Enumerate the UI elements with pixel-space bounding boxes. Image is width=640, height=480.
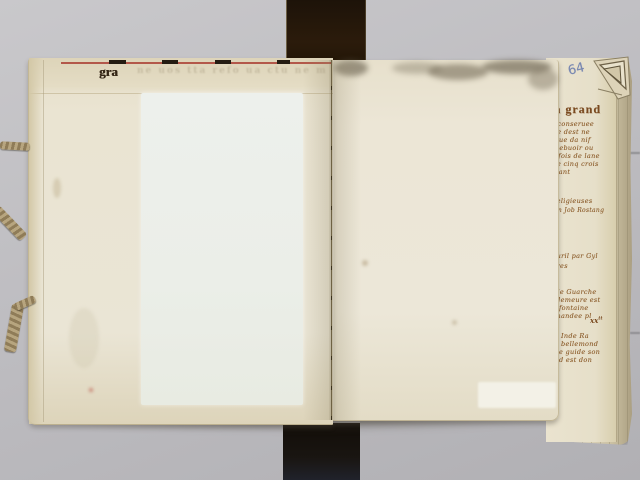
lighter-patch bbox=[478, 382, 556, 408]
stand-pin-lower bbox=[630, 332, 640, 334]
crease-shadow bbox=[69, 308, 99, 368]
gothic-fragment: gra bbox=[99, 64, 118, 80]
binding-tie bbox=[0, 206, 27, 242]
soiling-smudge bbox=[528, 68, 558, 90]
sewing-thread bbox=[331, 60, 332, 420]
stain bbox=[53, 178, 61, 198]
ruling-dash bbox=[162, 60, 178, 64]
gutter-shade-left bbox=[303, 60, 330, 420]
copy-stand-slot-top bbox=[286, 0, 366, 60]
underlying-page-top-band: gra ne uos tta refo ua ctu ne m bbox=[29, 58, 333, 94]
inset-lighter-page bbox=[141, 93, 303, 405]
page-left: gra ne uos tta refo ua ctu ne m bbox=[28, 58, 333, 425]
page-edge-line bbox=[43, 60, 44, 422]
binding-tie bbox=[4, 303, 24, 352]
stand-pin-upper bbox=[630, 152, 640, 154]
ruling-dash bbox=[277, 60, 290, 64]
amount-mark: xxtt bbox=[590, 316, 603, 325]
stain bbox=[452, 320, 457, 325]
soiling-smudge bbox=[428, 64, 488, 80]
dog-ear-fold bbox=[588, 55, 632, 103]
photo-backdrop: 64 la grand te conseruee lige dest ne e … bbox=[0, 0, 640, 480]
stain bbox=[362, 260, 368, 266]
binding-tie bbox=[0, 141, 30, 151]
showthrough-text: ne uos tta refo ua ctu ne m bbox=[137, 66, 327, 76]
red-speck bbox=[89, 388, 93, 392]
folio-number: 64 bbox=[566, 60, 586, 79]
page-right bbox=[332, 60, 559, 421]
ruling-dash bbox=[215, 60, 231, 64]
gutter-seam bbox=[329, 60, 334, 420]
gutter-shade-right bbox=[334, 60, 361, 420]
page-left-deckle-edge bbox=[29, 58, 43, 424]
